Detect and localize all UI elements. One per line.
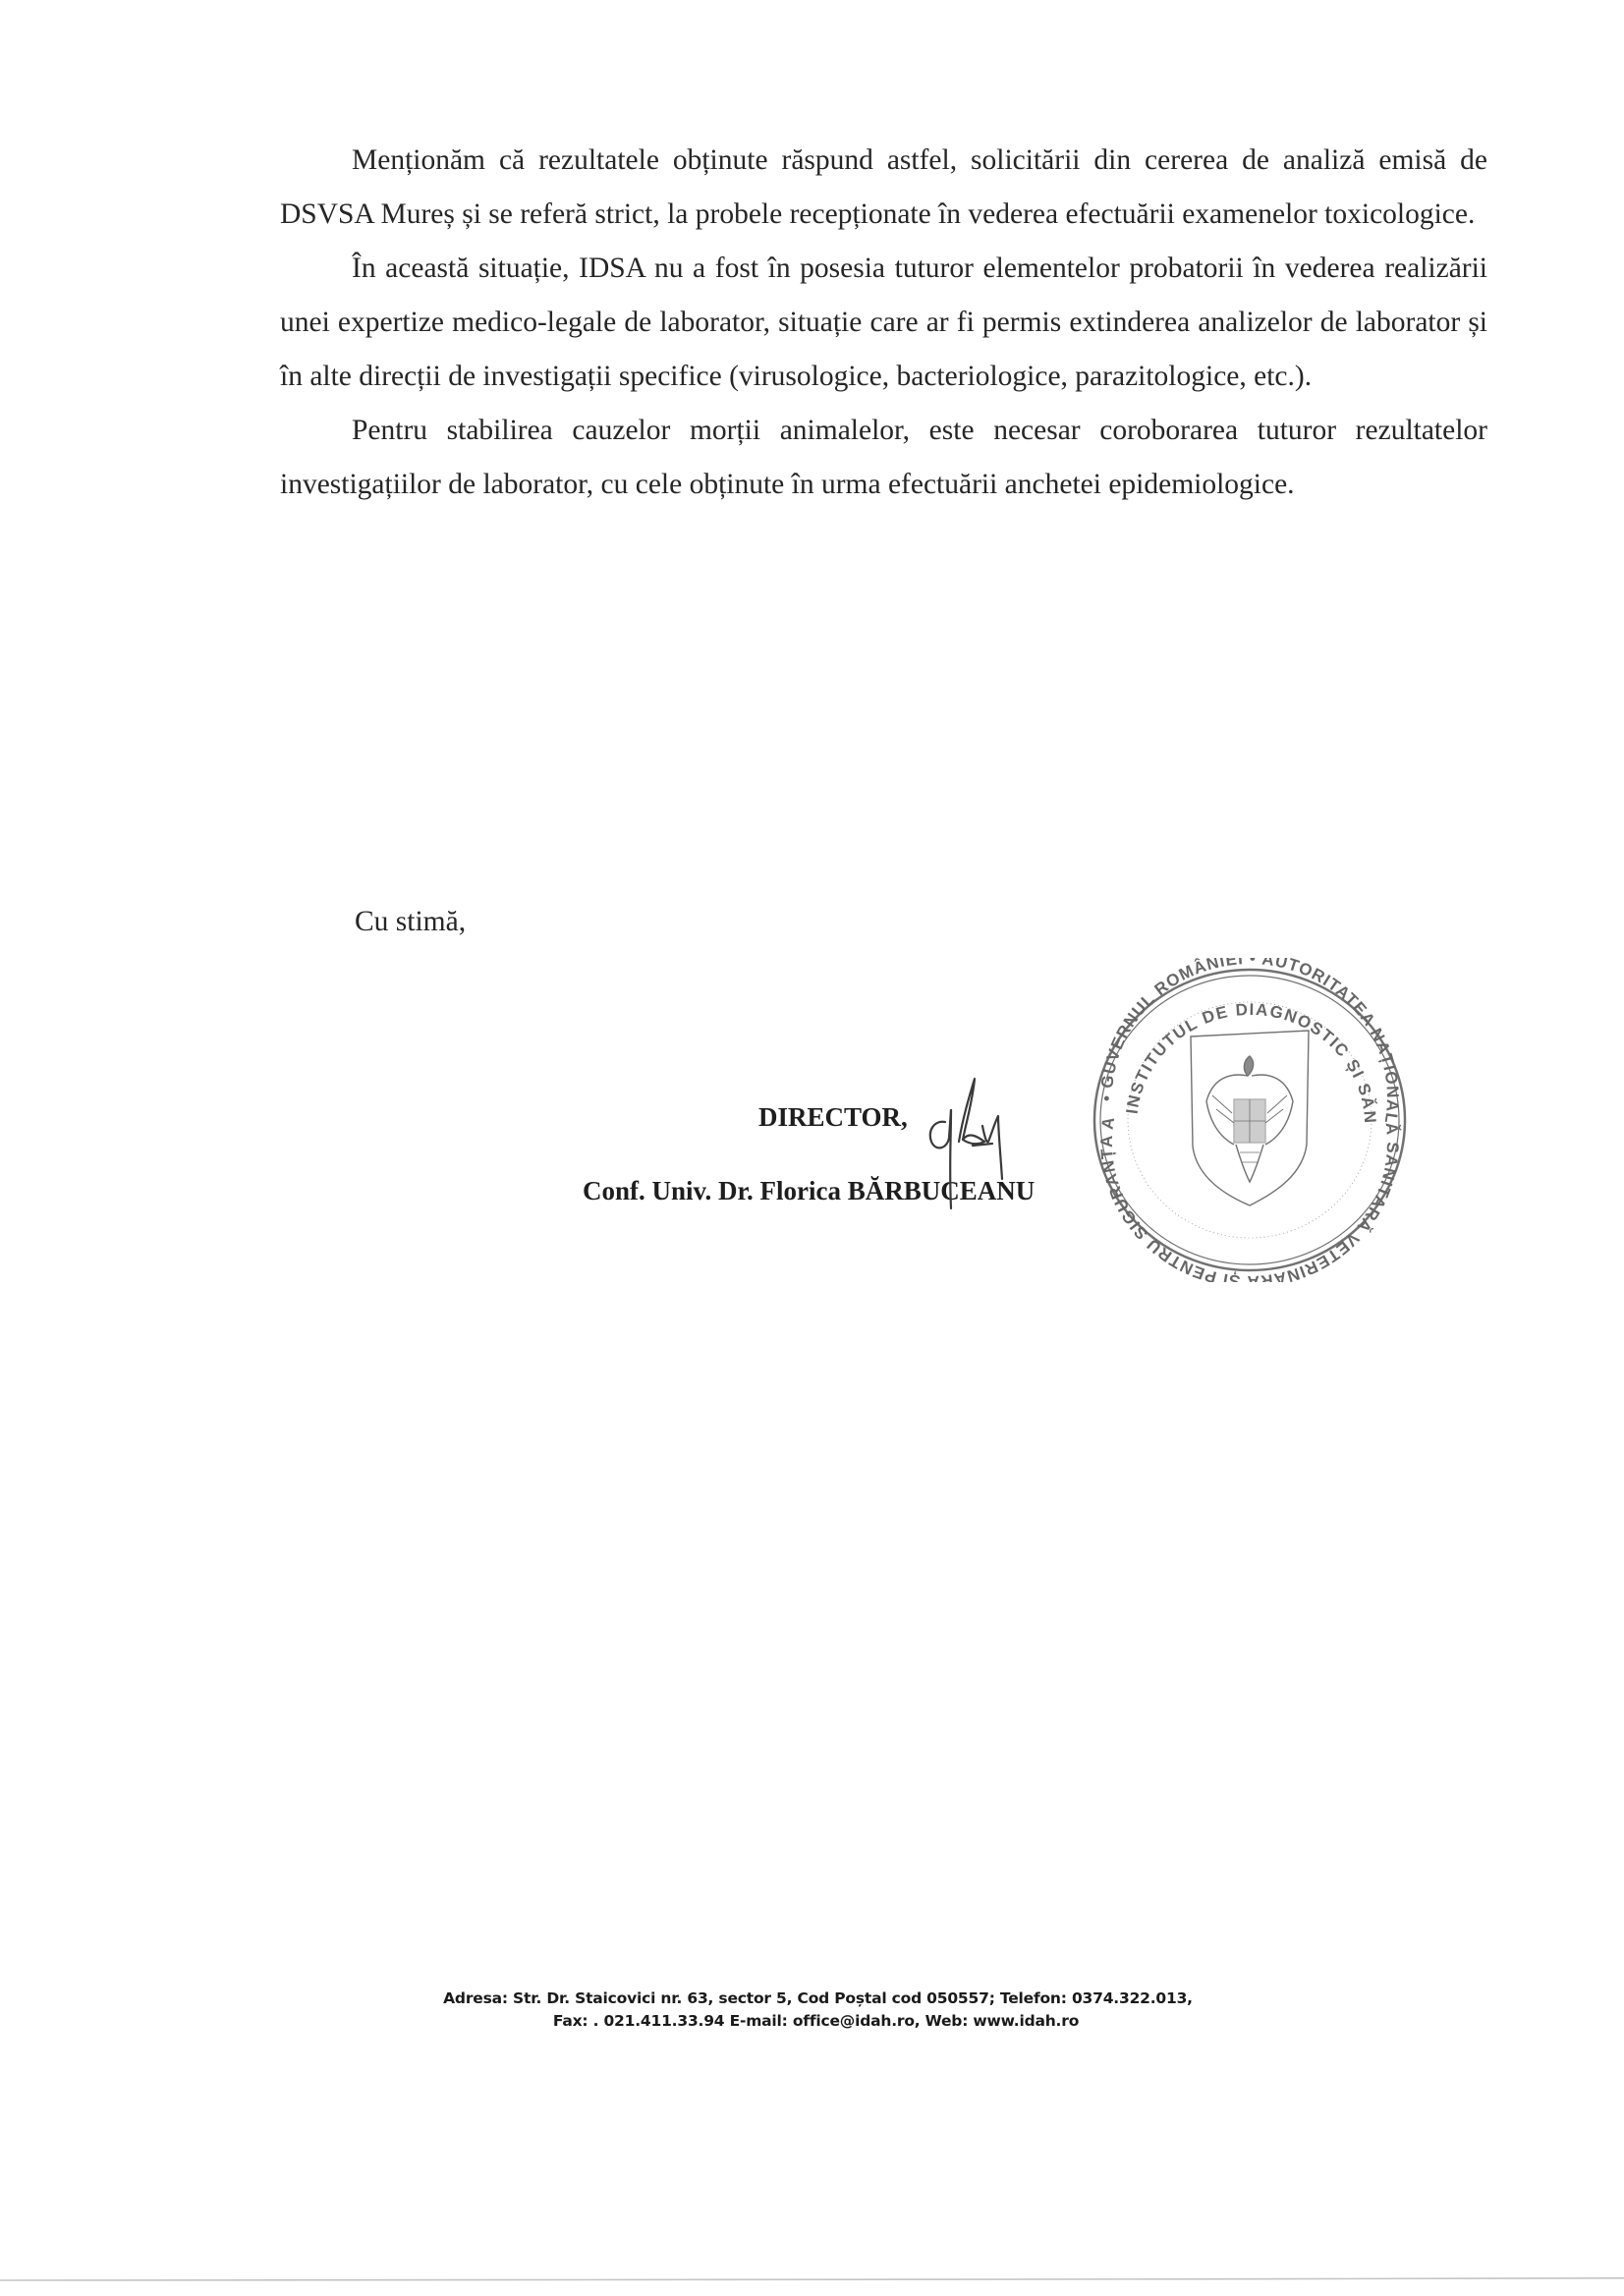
- letterhead-footer: Adresa: Str. Dr. Staicovici nr. 63, sect…: [0, 1988, 1624, 2033]
- footer-address-line: Adresa: Str. Dr. Staicovici nr. 63, sect…: [0, 1988, 1624, 2010]
- official-stamp-icon: • GUVERNUL ROMÂNIEI • AUTORITATEA NAȚION…: [1086, 958, 1415, 1282]
- handwritten-signature-icon: [924, 1071, 1032, 1218]
- paragraph-evidence-situation: În această situație, IDSA nu a fost în p…: [280, 242, 1487, 404]
- paragraph-death-causes: Pentru stabilirea cauzelor morții animal…: [280, 404, 1487, 512]
- scan-edge-divider: [0, 2277, 1624, 2281]
- closing-salutation: Cu stimă,: [355, 906, 466, 938]
- paragraph-results-scope: Menționăm că rezultatele obținute răspun…: [280, 134, 1487, 242]
- document-page: Menționăm că rezultatele obținute răspun…: [0, 0, 1624, 2296]
- letter-body: Menționăm că rezultatele obținute răspun…: [280, 134, 1487, 512]
- signatory-title: DIRECTOR,: [758, 1102, 908, 1133]
- footer-contact-line: Fax: . 021.411.33.94 E-mail: office@idah…: [0, 2010, 1624, 2033]
